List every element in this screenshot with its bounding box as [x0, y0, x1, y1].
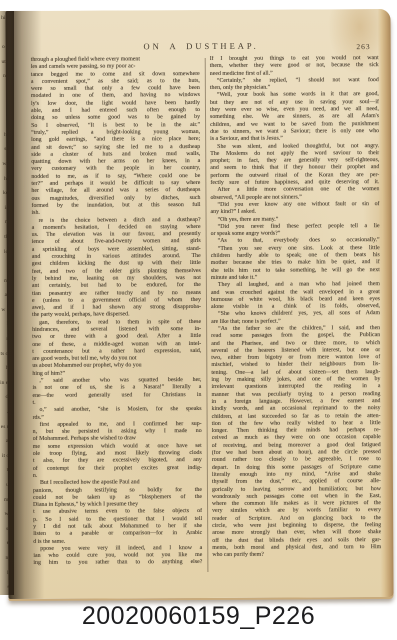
- text-line: ene—the word generally used for Christia…: [32, 392, 201, 400]
- page-number: 263: [356, 42, 370, 51]
- running-title: ON A DUSTHEAP.: [32, 40, 371, 52]
- paragraph: She was silent, and looked thoughtful, b…: [210, 143, 379, 188]
- text-line: who can purify them?: [212, 551, 381, 559]
- spine-shadow: [0, 11, 14, 595]
- paragraph: After a little more conversation one of …: [210, 186, 379, 201]
- paragraph: ,” said another who was squatted beside …: [32, 377, 201, 407]
- text-line: due to sinners, we want a Saviour; there…: [210, 128, 379, 136]
- paragraph: ppose you were very ill indeed, and I kn…: [33, 545, 202, 568]
- text-line: “Did you never find these perfect people…: [211, 223, 380, 231]
- paragraph: “Well, your book has some words in it th…: [210, 92, 379, 144]
- text-columns: through a ploughed field where every mom…: [31, 55, 382, 573]
- paragraph: through a ploughed field where every mom…: [31, 56, 201, 217]
- text-line: “Certainly,” she replied, “I should not …: [210, 77, 379, 85]
- paragraph: They all laughed, and a man who had join…: [211, 281, 380, 311]
- book-page: ON A DUSTHEAP. 263 through a ploughed fi…: [5, 9, 393, 599]
- text-line: of contempt for their prophet excites gr…: [33, 465, 202, 473]
- paragraph: first appealed to me, and I confirmed he…: [33, 421, 202, 480]
- running-head: ON A DUSTHEAP. 263: [32, 40, 371, 54]
- text-column-right: If I brought you things to eat you would…: [210, 55, 382, 572]
- text-line: she tells him not to take something, he …: [211, 267, 380, 275]
- paragraph: o,” said another, “she is Moslem, for sh…: [33, 406, 202, 421]
- paragraph: But I recollected how the apostle Paul a…: [33, 479, 202, 546]
- archive-photo: him,d,o dsutheneyismtaherst'swillhmkeyis…: [0, 0, 397, 640]
- paragraph: If I brought you things to eat you would…: [210, 55, 379, 78]
- column-divider: [205, 58, 209, 572]
- text-line: them, whether they were good or not, bec…: [210, 62, 379, 70]
- text-line: After a little more conversation one of …: [210, 186, 379, 194]
- paragraph: re is the choice between a ditch and a d…: [32, 217, 202, 320]
- text-line: “She who knows children! yes, yes, all s…: [211, 310, 380, 318]
- text-line: listen to a parable or comparison—for in…: [33, 530, 202, 538]
- paragraph: “Did you ever know any one without fault…: [210, 201, 379, 216]
- paragraph: gan, therefore, to read to them in spite…: [32, 319, 201, 378]
- text-line: “Did you ever know any one without fault…: [210, 201, 379, 209]
- text-line: o,” said another, “she is Moslem, for sh…: [33, 406, 202, 414]
- text-column-left: through a ploughed field where every mom…: [31, 56, 203, 573]
- paragraph: “Then you see every one sins. Look at th…: [211, 245, 380, 282]
- text-line: ing him to you rather than to do anythin…: [33, 559, 202, 567]
- paragraph: “Did you never find these perfect people…: [211, 223, 380, 238]
- text-line: formed by the inundation, but at this se…: [31, 202, 200, 210]
- archive-id-caption: 20020060159_P226: [0, 601, 397, 631]
- paragraph: “Certainly,” she replied, “I should not …: [210, 77, 379, 92]
- page-fore-edge: [377, 9, 393, 597]
- text-line: ments, both moral and physical dust, and…: [212, 544, 381, 552]
- paragraph: “As the father so are the children,” I s…: [211, 325, 381, 559]
- paragraph: “She who knows children! yes, yes, all s…: [211, 310, 380, 325]
